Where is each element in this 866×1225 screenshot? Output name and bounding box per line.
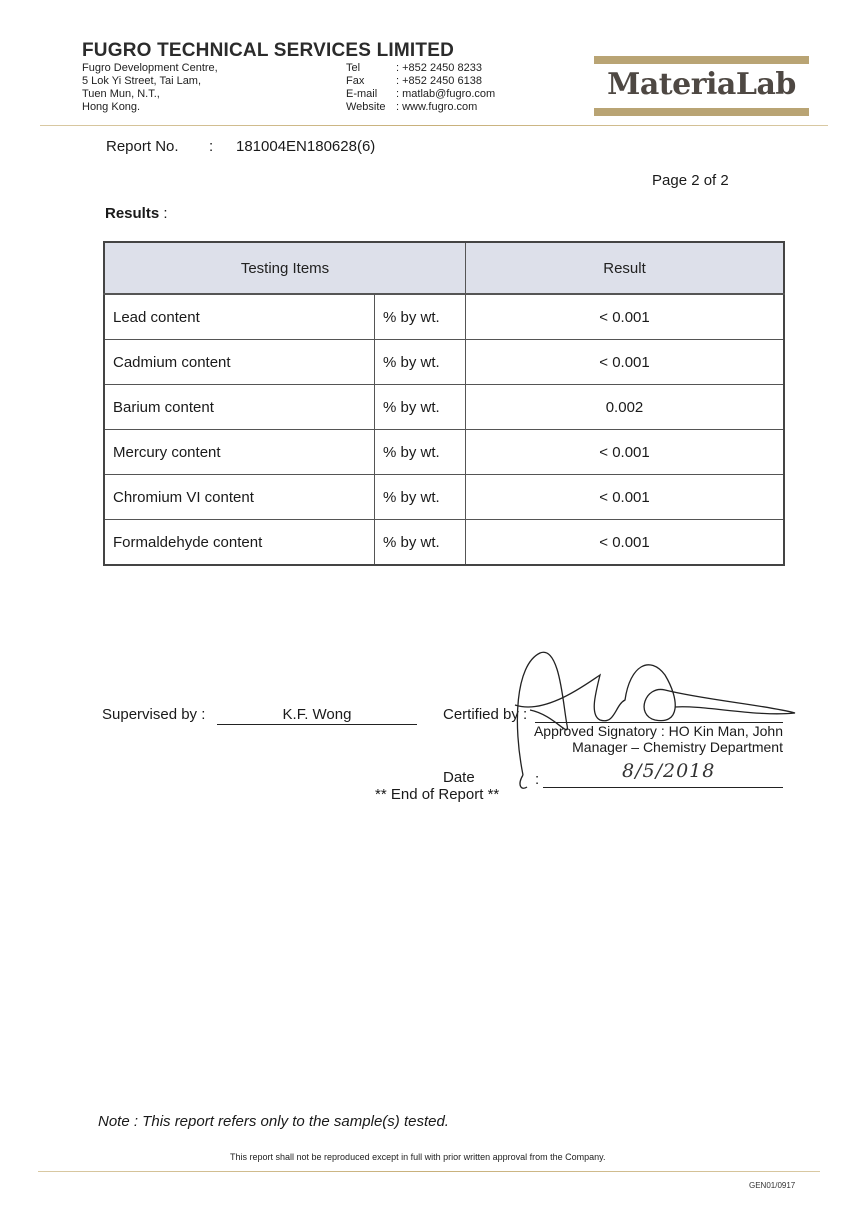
company-address: Fugro Development Centre, 5 Lok Yi Stree… <box>82 62 218 114</box>
results-colon: : <box>159 205 167 222</box>
table-row: Formaldehyde content % by wt. < 0.001 <box>104 520 784 566</box>
materialab-logo: MateriaLab <box>594 54 809 118</box>
contact-value: : +852 2450 6138 <box>396 75 482 88</box>
contact-fax: Fax : +852 2450 6138 <box>346 75 495 88</box>
test-unit: % by wt. <box>375 520 466 566</box>
table-header-row: Testing Items Result <box>104 242 784 294</box>
date-line <box>543 787 783 788</box>
form-code: GEN01/0917 <box>749 1181 795 1190</box>
test-unit: % by wt. <box>375 294 466 340</box>
company-contacts: Tel : +852 2450 8233 Fax : +852 2450 613… <box>346 62 495 114</box>
footer-divider <box>38 1171 820 1172</box>
table-row: Cadmium content % by wt. < 0.001 <box>104 340 784 385</box>
approved-signatory: Approved Signatory : HO Kin Man, John Ma… <box>520 723 783 755</box>
report-number-colon: : <box>209 138 213 155</box>
test-item: Cadmium content <box>104 340 375 385</box>
date-label: Date <box>443 769 475 786</box>
table-row: Lead content % by wt. < 0.001 <box>104 294 784 340</box>
header-result: Result <box>466 242 785 294</box>
contact-value: : www.fugro.com <box>396 101 477 114</box>
test-item: Mercury content <box>104 430 375 475</box>
supervisor-name: K.F. Wong <box>217 706 417 725</box>
contact-email: E-mail : matlab@fugro.com <box>346 88 495 101</box>
signatory-title: Manager – Chemistry Department <box>520 739 783 755</box>
contact-value: : +852 2450 8233 <box>396 62 482 75</box>
test-result: < 0.001 <box>466 340 785 385</box>
test-item: Lead content <box>104 294 375 340</box>
test-unit: % by wt. <box>375 385 466 430</box>
address-line: Fugro Development Centre, <box>82 62 218 75</box>
table-row: Barium content % by wt. 0.002 <box>104 385 784 430</box>
page-indicator: Page 2 of 2 <box>652 172 729 189</box>
test-result: 0.002 <box>466 385 785 430</box>
reproduction-disclaimer: This report shall not be reproduced exce… <box>230 1152 606 1162</box>
contact-label: Tel <box>346 62 396 75</box>
test-result: < 0.001 <box>466 475 785 520</box>
results-label: Results <box>105 205 159 222</box>
test-unit: % by wt. <box>375 430 466 475</box>
contact-label: Website <box>346 101 396 114</box>
test-item: Formaldehyde content <box>104 520 375 566</box>
header-divider <box>40 125 828 126</box>
address-line: Hong Kong. <box>82 101 218 114</box>
table-row: Mercury content % by wt. < 0.001 <box>104 430 784 475</box>
results-heading: Results : <box>105 205 168 222</box>
report-number-label: Report No. <box>106 138 179 155</box>
address-line: 5 Lok Yi Street, Tai Lam, <box>82 75 218 88</box>
contact-value: : matlab@fugro.com <box>396 88 495 101</box>
test-result: < 0.001 <box>466 294 785 340</box>
end-of-report: ** End of Report ** <box>375 786 499 803</box>
contact-tel: Tel : +852 2450 8233 <box>346 62 495 75</box>
contact-label: Fax <box>346 75 396 88</box>
results-table: Testing Items Result Lead content % by w… <box>103 241 785 566</box>
address-line: Tuen Mun, N.T., <box>82 88 218 101</box>
report-note: Note : This report refers only to the sa… <box>98 1113 449 1130</box>
contact-website: Website : www.fugro.com <box>346 101 495 114</box>
company-name: FUGRO TECHNICAL SERVICES LIMITED <box>82 40 454 62</box>
test-unit: % by wt. <box>375 475 466 520</box>
handwritten-date: 8/5/2018 <box>622 760 715 782</box>
logo-bar-bottom <box>594 108 809 116</box>
test-result: < 0.001 <box>466 520 785 566</box>
signatory-name: Approved Signatory : HO Kin Man, John <box>520 723 783 739</box>
table-row: Chromium VI content % by wt. < 0.001 <box>104 475 784 520</box>
contact-label: E-mail <box>346 88 396 101</box>
test-result: < 0.001 <box>466 430 785 475</box>
date-colon: : <box>535 771 539 788</box>
supervised-by-label: Supervised by : <box>102 706 205 723</box>
logo-bar-top <box>594 56 809 64</box>
logo-text: MateriaLab <box>594 67 809 102</box>
report-number: 181004EN180628(6) <box>236 138 375 155</box>
test-unit: % by wt. <box>375 340 466 385</box>
header-testing-items: Testing Items <box>104 242 466 294</box>
test-item: Chromium VI content <box>104 475 375 520</box>
test-item: Barium content <box>104 385 375 430</box>
